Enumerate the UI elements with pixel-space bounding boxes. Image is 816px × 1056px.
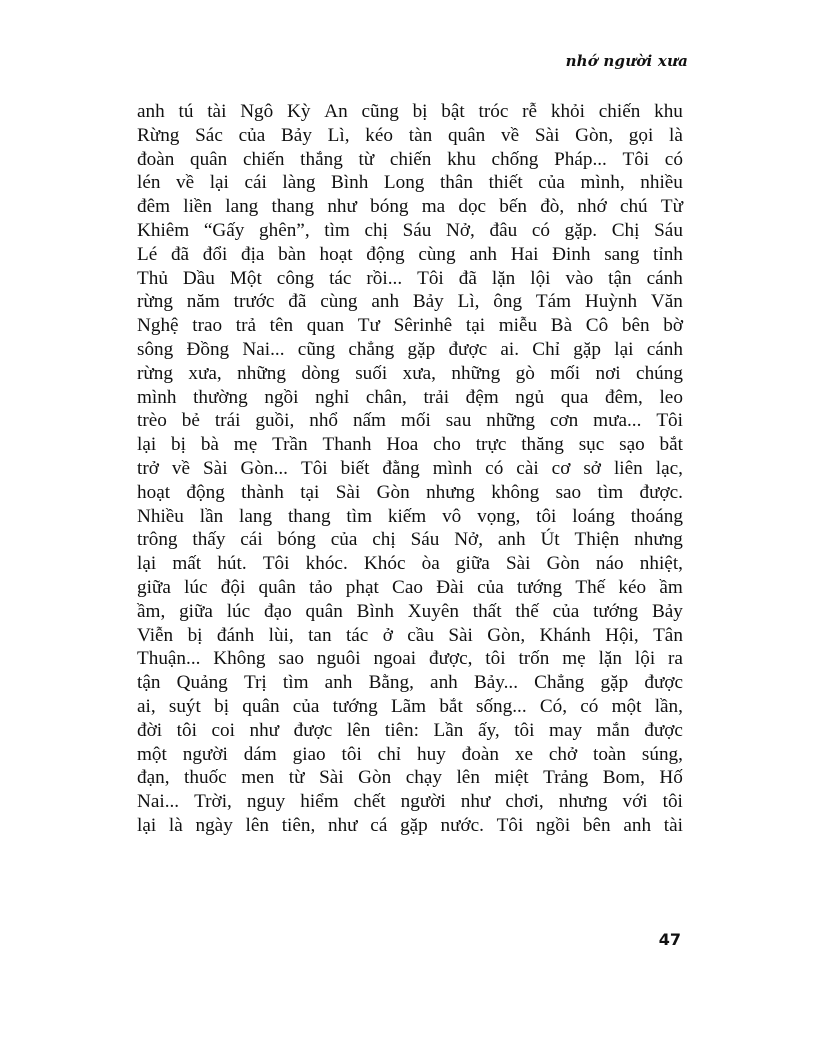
text-line: trởvềSàiGòn...Tôibiếtđằngmìnhcócàicơsởli… [137,457,683,481]
word: ấy, [478,719,500,743]
word: lùi, [269,624,294,648]
word: tại [466,314,485,338]
word: Hội, [605,624,639,648]
text-line: tậnQuảngTrịtìmanhBằng,anhBảy...Chẳnggặpđ… [137,671,683,695]
word: Hai [511,243,539,267]
word: xe [515,743,533,767]
word: bờ [663,314,683,338]
word: Hoa [386,433,418,457]
word: tìm [283,671,309,695]
word: một [612,695,642,719]
word: suýt [169,695,201,719]
word: Bảy [281,124,312,148]
word: đêm, [605,386,643,410]
word: Nghệ [137,314,179,338]
word: nơi [596,362,621,386]
word: tỉnh [653,243,683,267]
word: nhưng [634,528,683,552]
word: Khánh [540,624,591,648]
word: như [461,790,491,814]
word: sao [278,647,304,671]
word: Tân [653,624,683,648]
word: gò [516,362,535,386]
word: làng [282,171,315,195]
word: mẹ [562,647,585,671]
word: chúng [636,362,683,386]
word: bắt [439,695,462,719]
word: Lé [137,243,157,267]
word: lúc [227,600,250,624]
text-line: LéđãđổiđịabànhoạtđộngcùnganhHaiĐinhsangt… [137,243,683,267]
word: cá [370,814,387,838]
word: lúc [184,576,207,600]
word: òa [422,552,440,576]
word: lại [614,338,633,362]
word: hoạt [137,481,170,505]
body-text: anhtútàiNgôKỳAncũngbịbậttrócrễkhỏichiếnk… [137,100,683,838]
word: Lần [434,719,464,743]
word: Từ [661,195,683,219]
word: sang [604,243,639,267]
word: thấy [192,528,225,552]
text-line-words: hoạtđộngthànhtạiSàiGònnhưngkhôngsaotìmđư… [137,481,683,505]
text-line-words: lạibịbàmẹTrầnThanhHoachotrựcthăngsụcsạob… [137,433,683,457]
text-line: đêmliềnlangthangnhưbóngmadọcbếnđò,nhớchú… [137,195,683,219]
text-line: đờitôicoinhưđượclêntiên:Lầnấy,tôimaymắnđ… [137,719,683,743]
word: liền [183,195,212,219]
text-line: rừngnămtrướcđãcùnganhBảyLì,ôngTámHuỳnhVă… [137,290,683,314]
word: Khóc [364,552,406,576]
word: đời [137,719,162,743]
word: Một [230,267,262,291]
word: bật [441,100,464,124]
word: lại [137,552,156,576]
word: Pháp... [554,148,607,172]
text-line: NghệtraotrảtênquanTưSêrinhêtạimiễuBàCôbê… [137,314,683,338]
word: Đài [436,576,464,600]
word: sông [137,338,173,362]
word: cái [244,171,266,195]
word: cầu [407,624,434,648]
word: ầm, [137,600,165,624]
word: Rừng [137,124,179,148]
word: Tôi [417,267,444,291]
word: nhưng [559,790,608,814]
text-line-words: tậnQuảngTrịtìmanhBằng,anhBảy...Chẳnggặpđ… [137,671,683,695]
word: của [538,171,565,195]
word: thân [440,171,473,195]
word: Sài [535,124,560,148]
word: hoạt [320,243,353,267]
word: động [366,243,404,267]
word: Hố [659,766,682,790]
word: được [294,719,333,743]
word: Quảng [177,671,228,695]
word: nấm [353,409,386,433]
word: thất [473,600,502,624]
text-line-words: lạimấthút.Tôikhóc.KhócòagiữaSàiGònnáonhi… [137,552,683,576]
word: như [249,719,279,743]
word: Thế [575,576,605,600]
word: có [580,695,598,719]
word: nhổ [309,409,338,433]
word: Bom, [603,766,645,790]
text-line: ầm,giữalúcđạoquânBìnhXuyênthấtthếcủatướn… [137,600,683,624]
text-line-words: lénvềlạicáilàngBìnhLongthânthiếtcủamình,… [137,171,683,195]
word: lại [210,171,229,195]
word: từ [289,766,305,790]
text-line-words: lạilàngàylêntiên,nhưcágặpnước.Tôingồibên… [137,814,683,838]
word: cánh [647,338,683,362]
word: lên [456,766,479,790]
word: Bình [331,171,368,195]
word: tác [346,624,368,648]
word: nhiệt, [640,552,683,576]
word: tại [300,481,319,505]
word: anh [623,814,651,838]
word: cài [516,457,538,481]
text-line: đạn,thuốcmentừSàiGònchạylênmiệtTrảngBom,… [137,766,683,790]
word: chú [620,195,648,219]
word: gặp [573,338,601,362]
word: dám [244,743,277,767]
word: Sài [203,457,228,481]
word: bẻ [182,409,200,433]
text-line: lénvềlạicáilàngBìnhLongthânthiếtcủamình,… [137,171,683,195]
word: chống [492,148,539,172]
word: trực [476,433,507,457]
word: tìm [346,505,372,529]
word: Bằng, [369,671,414,695]
word: của [331,528,358,552]
word: anh [430,671,458,695]
word: Nai... [242,338,284,362]
word: tiên: [385,719,419,743]
word: được, [429,647,472,671]
word: gặp [600,671,628,695]
word: dọc [458,195,486,219]
word: quân [448,124,485,148]
word: suối [355,362,387,386]
word: bóng [370,195,408,219]
text-line-words: rừngnămtrướcđãcùnganhBảyLì,ôngTámHuỳnhVă… [137,290,683,314]
word: ầm [659,576,682,600]
word: như [327,195,357,219]
word: động [186,481,224,505]
text-line: hoạtđộngthànhtạiSàiGònnhưngkhôngsaotìmđư… [137,481,683,505]
word: của [239,124,266,148]
word: nghỉ [315,386,349,410]
word: “Gấy [204,219,244,243]
word: chị [372,528,395,552]
text-line: lạilàngàylêntiên,nhưcágặpnước.Tôingồibên… [137,814,683,838]
word: xưa, [403,362,436,386]
word: của [293,695,320,719]
word: súng, [642,743,683,767]
word: đổi [203,243,228,267]
word: những [486,409,535,433]
word: đoàn [462,743,499,767]
word: rừng [137,362,173,386]
word: thiết [489,171,523,195]
word: ở [383,624,393,648]
word: Lãm [391,695,426,719]
word: cơ [552,457,571,481]
word: Tư [358,314,380,338]
word: may [549,719,582,743]
text-line-words: rừngxưa,nhữngdòngsuốixưa,nhữnggòmốinơich… [137,362,683,386]
word: giao [293,743,326,767]
word: đội [221,576,246,600]
word: Sác [195,124,223,148]
text-line-words: mộtngườidámgiaotôichỉhuyđoànxechởtoànsún… [137,743,683,767]
word: cùng [320,290,357,314]
word: mắn [597,719,630,743]
word: đêm [137,195,170,219]
word: ông [493,290,522,314]
text-line-words: trởvềSàiGòn...Tôibiếtđằngmìnhcócàicơsởli… [137,457,683,481]
word: Long [384,171,425,195]
text-line-words: trèobẻtráiguồi,nhổnấmmốisaunhữngcơnmưa..… [137,409,683,433]
text-line-words: đờitôicoinhưđượclêntiên:Lầnấy,tôimaymắnđ… [137,719,683,743]
word: đò, [540,195,564,219]
text-line: giữalúcđộiquântảophạtCaoĐàicủatướngThếké… [137,576,683,600]
word: Bảy [413,290,444,314]
word: Sài [319,766,344,790]
text-line-words: sôngĐồngNai...cũngchẳnggặpđượcai.Chỉgặpl… [137,338,683,362]
word: Trảng [543,766,588,790]
word: trông [137,528,178,552]
word: năm [187,290,220,314]
text-line: anhtútàiNgôKỳAncũngbịbậttrócrễkhỏichiếnk… [137,100,683,124]
word: thang [271,195,314,219]
text-line: Khiêm“Gấyghên”,tìmchịSáuNở,đâucógặp.ChịS… [137,219,683,243]
word: lên [347,719,370,743]
word: Gòn, [487,624,525,648]
word: chị [365,219,388,243]
word: lên [246,814,269,838]
text-line-words: trôngthấycáibóngcủachịSáuNở,anhÚtThiệnnh… [137,528,683,552]
word: tôi [663,790,683,814]
text-line: sôngĐồngNai...cũngchẳnggặpđượcai.Chỉgặpl… [137,338,683,362]
word: sục [579,433,605,457]
word: Có, [540,695,567,719]
text-line: rừngxưa,nhữngdòngsuốixưa,nhữnggòmốinơich… [137,362,683,386]
word: gọi [629,124,654,148]
word: Nở, [454,528,483,552]
word: công [277,267,314,291]
word: Cao [392,576,423,600]
word: Trị [244,671,267,695]
word: những [237,362,286,386]
word: ngồi [264,386,298,410]
word: gặp [407,338,435,362]
word: Huỳnh [585,290,637,314]
word: phạt [346,576,379,600]
text-line: Nai...Trời,nguyhiểmchếtngườinhưchơi,nhưn… [137,790,683,814]
word: toàn [593,743,626,767]
text-line: lạibịbàmẹTrầnThanhHoachotrựcthăngsụcsạob… [137,433,683,457]
word: được [644,671,683,695]
word: chết [354,790,386,814]
word: tận [137,671,160,695]
word: Chỉ [532,338,560,362]
text-line-words: NghệtraotrảtênquanTưSêrinhêtạimiễuBàCôbê… [137,314,683,338]
word: ma [422,195,445,219]
word: náo [596,552,624,576]
word: tôi [177,719,197,743]
word: khu [447,148,476,172]
word: mối [550,362,580,386]
word: trao [192,314,222,338]
word: quân [306,600,343,624]
word: tróc [479,100,509,124]
text-line-words: Thuận...Khôngsaonguôingoaiđược,tôitrốnmẹ… [137,647,683,671]
word: Gòn... [241,457,288,481]
word: Tôi [622,148,649,172]
word: trải [423,386,449,410]
word: có [485,457,503,481]
word: nhưng [426,481,475,505]
word: xưa, [188,362,221,386]
word: Út [540,528,559,552]
word: lội [530,267,550,291]
text-line: Nhiềulầnlangthangtìmkiếmvôvọng,tôiloángt… [137,505,683,529]
word: ngủ [515,386,544,410]
word: được [448,338,487,362]
word: Tám [536,290,571,314]
word: được [644,719,683,743]
word: Thuận... [137,647,200,671]
text-line: lạimấthút.Tôikhóc.KhócòagiữaSàiGònnáonhi… [137,552,683,576]
word: trước [234,290,275,314]
word: Sài [448,624,473,648]
text-line: RừngSáccủaBảyLì,kéotànquânvềSàiGòn,gọilà [137,124,683,148]
word: huy [417,743,446,767]
word: tôi [514,719,534,743]
word: quan [307,314,344,338]
word: bóng [278,528,316,552]
word: có [665,148,683,172]
word: tàn [409,124,432,148]
text-line-words: Viễnbịđánhlùi,tantácởcầuSàiGòn,KhánhHội,… [137,624,683,648]
text-line: Thuận...Khôngsaonguôingoaiđược,tôitrốnmẹ… [137,647,683,671]
word: bên [583,814,611,838]
word: tan [308,624,331,648]
word: sạo [619,433,645,457]
word: trái [215,409,241,433]
word: thăng [521,433,564,457]
text-line-words: ai,suýtbịquâncủatướngLãmbắtsống...Có,cóm… [137,695,683,719]
word: coi [211,719,234,743]
word: qua [561,386,589,410]
word: về [172,457,190,481]
word: Kỳ [287,100,310,124]
word: nước. [441,814,484,838]
word: bến [499,195,527,219]
word: không [491,481,539,505]
text-line: trèobẻtráiguồi,nhổnấmmốisaunhữngcơnmưa..… [137,409,683,433]
word: Gòn [358,766,391,790]
word: giữa [179,600,213,624]
word: khóc. [306,552,348,576]
word: trốn [518,647,549,671]
word: Ngô [240,100,273,124]
word: ai, [137,695,156,719]
word: hút. [217,552,246,576]
word: Trời, [194,790,232,814]
word: loáng [572,505,615,529]
text-line-words: đạn,thuốcmentừSàiGònchạylênmiệtTrảngBom,… [137,766,683,790]
word: trở [137,457,159,481]
word: khu [654,100,683,124]
word: bị [171,433,186,457]
word: nhiều [640,171,683,195]
word: Gòn [377,481,410,505]
text-line: mộtngườidámgiaotôichỉhuyđoànxechởtoànsún… [137,743,683,767]
text-line-words: LéđãđổiđịabànhoạtđộngcùnganhHaiĐinhsangt… [137,243,683,267]
word: anh [371,290,399,314]
word: Thanh [322,433,371,457]
word: rồi... [366,267,402,291]
word: từ [358,148,374,172]
word: quân [259,576,296,600]
word: những [451,362,500,386]
word: ngoai [373,647,416,671]
word: mình [433,457,472,481]
word: cho [433,433,461,457]
word: Xuyên [408,600,459,624]
word: An [324,100,347,124]
word: lần, [655,695,683,719]
word: kéo [365,124,393,148]
word: bắt [660,433,683,457]
word: chiến [243,148,285,172]
word: kiếm [388,505,426,529]
word: thành [241,481,284,505]
word: về [176,171,194,195]
word: chẳng [348,338,394,362]
word: cơn [550,409,578,433]
word: ra [668,647,683,671]
word: Không [213,647,265,671]
word: cánh [647,267,683,291]
word: của [553,600,580,624]
page-number: 47 [659,930,681,949]
word: đạn, [137,766,170,790]
word: dòng [301,362,339,386]
word: đằng [382,457,419,481]
word: miễu [499,314,537,338]
word: Dầu [183,267,215,291]
word: Nhiều [137,505,184,529]
word: lại [137,814,156,838]
word: Sáu [403,219,432,243]
word: Bà [551,314,572,338]
word: ngồi [536,814,570,838]
word: anh [498,528,526,552]
word: đã [459,267,477,291]
word: với [623,790,648,814]
word: lén [137,171,160,195]
word: Bảy [652,600,683,624]
word: có [532,219,550,243]
book-page: nhớ người xưa anhtútàiNgôKỳAncũngbịbậttr… [0,0,816,1056]
word: vào [565,267,593,291]
word: cũng [298,338,335,362]
word: Tôi [263,552,290,576]
word: Đinh [552,243,590,267]
